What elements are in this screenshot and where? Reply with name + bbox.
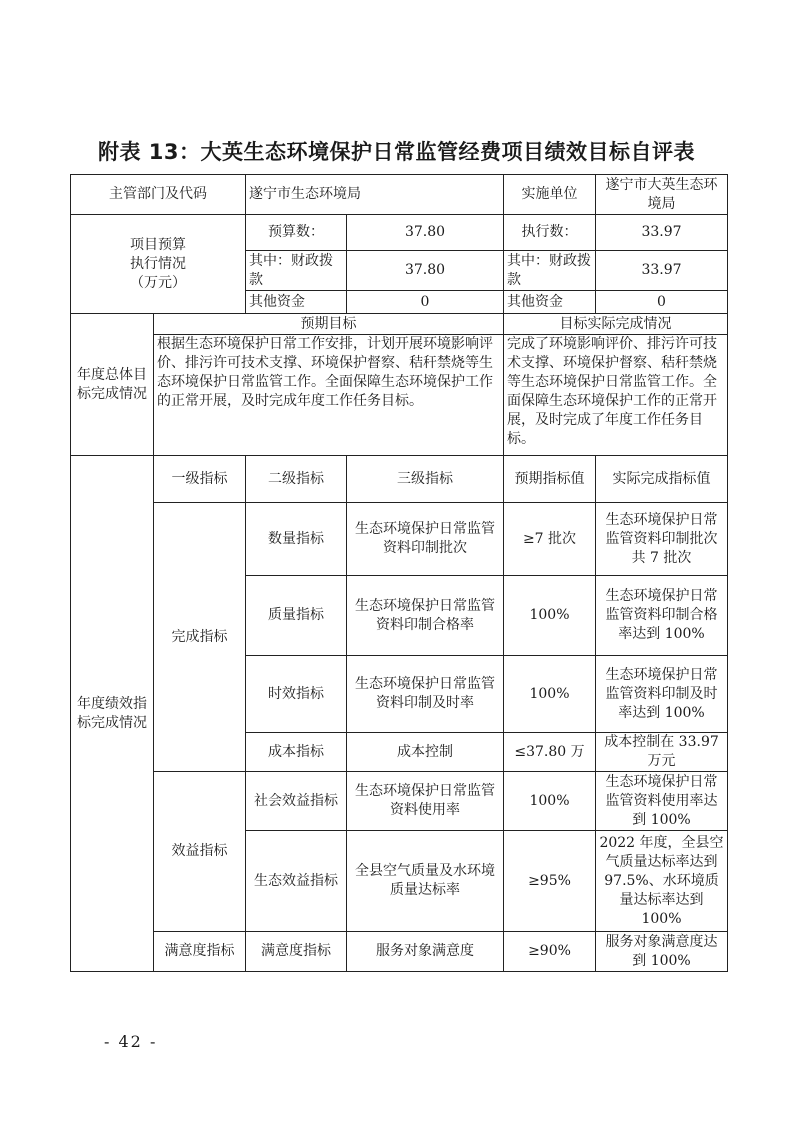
level2-indicator: 质量指标 (246, 576, 347, 656)
level2-indicator: 时效指标 (246, 656, 347, 733)
level1-indicator: 满意度指标 (154, 932, 246, 972)
level2-indicator: 生态效益指标 (246, 831, 347, 932)
column-header: 一级指标 (154, 456, 246, 503)
level2-indicator: 满意度指标 (246, 932, 347, 972)
page-number: - 42 - (104, 1032, 157, 1051)
level1-indicator: 完成指标 (154, 503, 246, 772)
budget-item-label: 其他资金 (246, 291, 347, 314)
level2-indicator: 数量指标 (246, 503, 347, 576)
dept-value: 遂宁市生态环境局 (246, 175, 504, 215)
goal-content-row: 根据生态环境保护日常工作安排，计划开展环境影响评价、排污许可技术支撑、环境保护督… (71, 335, 728, 456)
column-header: 实际完成指标值 (596, 456, 728, 503)
expected-value: 100% (504, 772, 596, 831)
level2-indicator: 社会效益指标 (246, 772, 347, 831)
indicator-row: 满意度指标 满意度指标 服务对象满意度 ≥90% 服务对象满意度达到 100% (71, 932, 728, 972)
actual-value: 生态环境保护日常监管资料使用率达到 100% (596, 772, 728, 831)
actual-value: 2022 年度，全县空气质量达标率达到 97.5%、水环境质量达标率达到 100… (596, 831, 728, 932)
budget-row: 项目预算 执行情况 （万元） 预算数： 37.80 执行数： 33.97 (71, 215, 728, 251)
budget-item-value: 37.80 (347, 215, 504, 251)
exec-item-label: 其他资金 (504, 291, 596, 314)
actual-value: 生态环境保护日常监管资料印制批次共 7 批次 (596, 503, 728, 576)
exec-item-label: 执行数： (504, 215, 596, 251)
indicator-row: 完成指标 数量指标 生态环境保护日常监管资料印制批次 ≥7 批次 生态环境保护日… (71, 503, 728, 576)
level3-indicator: 生态环境保护日常监管资料印制批次 (347, 503, 504, 576)
column-header: 预期指标值 (504, 456, 596, 503)
column-header: 二级指标 (246, 456, 347, 503)
header-row: 主管部门及代码 遂宁市生态环境局 实施单位 遂宁市大英生态环境局 (71, 175, 728, 215)
expected-goal-header: 预期目标 (154, 314, 504, 335)
goal-header-row: 年度总体目标完成情况 预期目标 目标实际完成情况 (71, 314, 728, 335)
budget-item-value: 0 (347, 291, 504, 314)
impl-label: 实施单位 (504, 175, 596, 215)
impl-value: 遂宁市大英生态环境局 (596, 175, 728, 215)
budget-label: 项目预算 执行情况 （万元） (71, 215, 246, 314)
level3-indicator: 生态环境保护日常监管资料印制及时率 (347, 656, 504, 733)
indicator-header-row: 年度绩效指标完成情况 一级指标 二级指标 三级指标 预期指标值 实际完成指标值 (71, 456, 728, 503)
expected-value: ≥90% (504, 932, 596, 972)
budget-item-value: 37.80 (347, 251, 504, 291)
indicators-label: 年度绩效指标完成情况 (71, 456, 154, 972)
expected-value: ≥7 批次 (504, 503, 596, 576)
actual-value: 生态环境保护日常监管资料印制合格率达到 100% (596, 576, 728, 656)
actual-value: 成本控制在 33.97 万元 (596, 733, 728, 772)
expected-value: 100% (504, 656, 596, 733)
level3-indicator: 生态环境保护日常监管资料印制合格率 (347, 576, 504, 656)
exec-item-value: 33.97 (596, 251, 728, 291)
expected-value: ≤37.80 万 (504, 733, 596, 772)
actual-value: 服务对象满意度达到 100% (596, 932, 728, 972)
column-header: 三级指标 (347, 456, 504, 503)
level3-indicator: 服务对象满意度 (347, 932, 504, 972)
level2-indicator: 成本指标 (246, 733, 347, 772)
level1-indicator: 效益指标 (154, 772, 246, 932)
budget-item-label: 预算数： (246, 215, 347, 251)
expected-value: ≥95% (504, 831, 596, 932)
dept-label: 主管部门及代码 (71, 175, 246, 215)
actual-value: 生态环境保护日常监管资料印制及时率达到 100% (596, 656, 728, 733)
exec-item-value: 0 (596, 291, 728, 314)
budget-label-line: 执行情况 (74, 255, 242, 274)
level3-indicator: 生态环境保护日常监管资料使用率 (347, 772, 504, 831)
budget-label-line: 项目预算 (74, 236, 242, 255)
level3-indicator: 全县空气质量及水环境质量达标率 (347, 831, 504, 932)
expected-goal-text: 根据生态环境保护日常工作安排，计划开展环境影响评价、排污许可技术支撑、环境保护督… (154, 335, 504, 456)
annual-goal-label: 年度总体目标完成情况 (71, 314, 154, 456)
exec-item-label: 其中：财政拨款 (504, 251, 596, 291)
exec-item-value: 33.97 (596, 215, 728, 251)
actual-goal-header: 目标实际完成情况 (504, 314, 728, 335)
document-title: 附表 13：大英生态环境保护日常监管经费项目绩效目标自评表 (0, 136, 793, 166)
actual-goal-text: 完成了环境影响评价、排污许可技术支撑、环境保护督察、秸秆禁烧等生态环境保护日常监… (504, 335, 728, 456)
level3-indicator: 成本控制 (347, 733, 504, 772)
indicator-row: 效益指标 社会效益指标 生态环境保护日常监管资料使用率 100% 生态环境保护日… (71, 772, 728, 831)
budget-label-line: （万元） (74, 274, 242, 293)
performance-table: 主管部门及代码 遂宁市生态环境局 实施单位 遂宁市大英生态环境局 项目预算 执行… (70, 174, 728, 972)
expected-value: 100% (504, 576, 596, 656)
budget-item-label: 其中：财政拨款 (246, 251, 347, 291)
